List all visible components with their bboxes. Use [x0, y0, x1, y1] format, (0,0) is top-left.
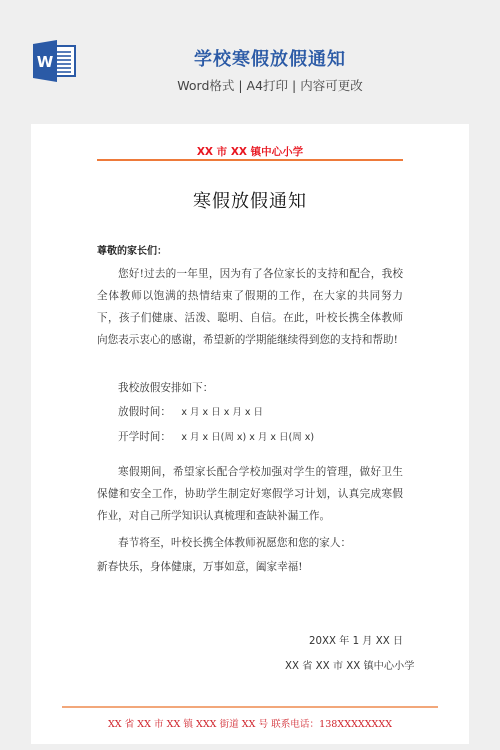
signature-date: 20XX 年 1 月 XX 日 — [309, 632, 403, 647]
document-page: XX 市 XX 镇中心小学 寒假放假通知 尊敬的家长们： 您好!过去的一年里，因… — [31, 124, 469, 744]
svg-text:W: W — [37, 53, 54, 71]
paragraph-safety: 寒假期间，希望家长配合学校加强对学生的管理，做好卫生保健和安全工作，协助学生制定… — [97, 461, 403, 527]
signature-school: XX 省 XX 市 XX 镇中心小学 — [285, 657, 414, 672]
footer-contact: XX 省 XX 市 XX 镇 XXX 街道 XX 号 联系电话：138XXXXX… — [31, 716, 469, 730]
banner-title: 学校寒假放假通知 — [150, 45, 390, 71]
schedule-row-holiday: 放假时间： x 月 x 日 x 月 x 日 — [118, 404, 263, 419]
schedule-label: 放假时间： — [118, 404, 178, 419]
paragraph-blessing-intro: 春节将至，叶校长携全体教师祝愿您和您的家人： — [97, 532, 403, 554]
paragraph-greeting: 您好!过去的一年里，因为有了各位家长的支持和配合，我校全体教师以饱满的热情结束了… — [97, 263, 403, 351]
banner: W 学校寒假放假通知 Word格式 | A4打印 | 内容可更改 — [0, 0, 500, 110]
word-document-icon: W — [31, 40, 77, 82]
schedule-value: x 月 x 日(周 x) x 月 x 日(周 x) — [181, 432, 314, 443]
document-title: 寒假放假通知 — [31, 187, 469, 213]
schedule-value: x 月 x 日 x 月 x 日 — [181, 407, 263, 418]
paragraph-blessing: 新春快乐，身体健康，万事如意，阖家幸福! — [97, 556, 403, 578]
salutation: 尊敬的家长们： — [97, 241, 403, 263]
schedule-row-school-start: 开学时间： x 月 x 日(周 x) x 月 x 日(周 x) — [118, 429, 314, 444]
footer-divider — [62, 706, 438, 708]
schedule-label: 开学时间： — [118, 429, 178, 444]
banner-subtitle: Word格式 | A4打印 | 内容可更改 — [150, 76, 390, 94]
header-divider — [97, 159, 403, 161]
school-header: XX 市 XX 镇中心小学 — [31, 144, 469, 159]
arrangement-intro: 我校放假安排如下： — [118, 377, 424, 399]
